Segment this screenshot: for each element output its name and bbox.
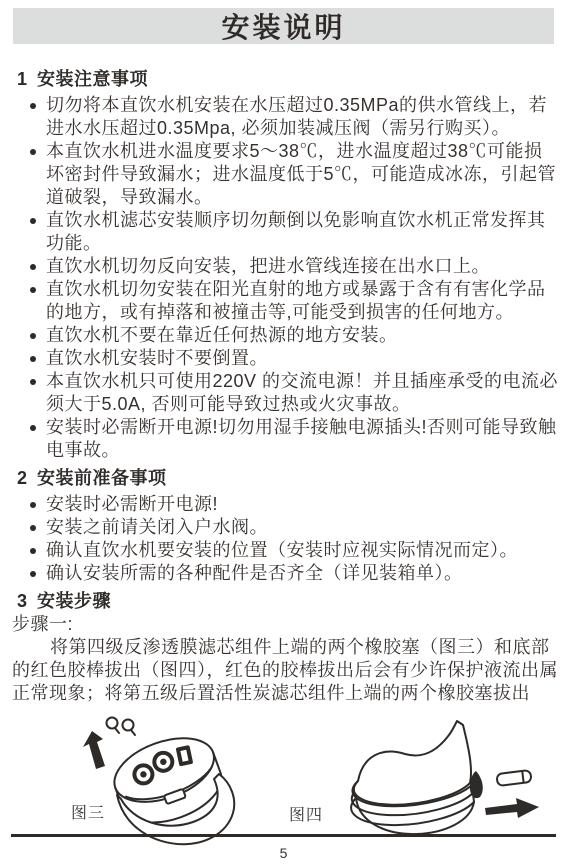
step-one-text: 将第四级反渗透膜滤芯组件上端的两个橡胶塞（图三）和底部的红色胶棒拔出（图四），红…	[12, 636, 559, 705]
rubber-plugs-icon	[107, 718, 136, 736]
list-item: 确认直饮水机要安装的位置（安装时应视实际情况而定）。	[30, 539, 559, 562]
figure-caption: 图四	[289, 802, 323, 825]
list-item: 安装时必需断开电源!切勿用湿手接触电源插头!否则可能导致触电事故。	[30, 416, 559, 462]
section-number: 3	[17, 590, 37, 613]
section-number: 1	[17, 68, 37, 91]
arrow-up-icon	[83, 731, 105, 769]
step-one-label: 步骤一:	[12, 613, 559, 636]
rubber-rod-icon	[496, 770, 531, 786]
figures-row: 图三	[17, 711, 559, 849]
list-item: 确认安装所需的各种配件是否齐全（详见装箱单）。	[30, 562, 559, 585]
list-item: 切勿将本直饮水机安装在水压超过0.35MPa的供水管线上，若进水水压超过0.35…	[30, 94, 559, 140]
footer-divider	[11, 834, 556, 837]
section-title: 安装步骤	[37, 591, 111, 611]
section-heading-steps: 3安装步骤	[17, 590, 559, 613]
precautions-list: 切勿将本直饮水机安装在水压超过0.35MPa的供水管线上，若进水水压超过0.35…	[17, 94, 559, 462]
list-item: 本直饮水机只可使用220V 的交流电源！并且插座承受的电流必须大于5.0A, 否…	[30, 370, 559, 416]
list-item: 直饮水机切勿反向安装，把进水管线连接在出水口上。	[30, 255, 559, 278]
arrow-right-icon	[485, 798, 539, 818]
section-number: 2	[17, 467, 37, 490]
figure-four: 图四	[313, 711, 553, 849]
page-content: 1安装注意事项 切勿将本直饮水机安装在水压超过0.35MPa的供水管线上，若进水…	[0, 68, 567, 849]
section-title: 安装前准备事项	[37, 468, 167, 488]
section-heading-preparation: 2安装前准备事项	[17, 467, 559, 490]
list-item: 直饮水机不要在靠近任何热源的地方安装。	[30, 324, 559, 347]
filter-cartridge-top-drawing	[65, 711, 295, 849]
page-title: 安装说明	[13, 8, 554, 44]
page-number: 5	[0, 845, 567, 861]
list-item: 安装之前请关闭入户水阀。	[30, 516, 559, 539]
section-heading-precautions: 1安装注意事项	[17, 68, 559, 91]
list-item: 直饮水机安装时不要倒置。	[30, 347, 559, 370]
list-item: 直饮水机切勿安装在阳光直射的地方或暴露于含有有害化学品的地方，或有掉落和被撞击等…	[30, 278, 559, 324]
sheet-wrap	[354, 721, 471, 805]
list-item: 直饮水机滤芯安装顺序切勿颠倒以免影响直饮水机正常发挥其功能。	[30, 209, 559, 255]
filter-cartridge-bottom-drawing	[313, 711, 553, 849]
figure-three: 图三	[65, 711, 295, 849]
figure-caption: 图三	[71, 800, 105, 823]
preparation-list: 安装时必需断开电源! 安装之前请关闭入户水阀。 确认直饮水机要安装的位置（安装时…	[17, 493, 559, 585]
section-title: 安装注意事项	[37, 69, 148, 89]
manual-page: 安装说明 1安装注意事项 切勿将本直饮水机安装在水压超过0.35MPa的供水管线…	[0, 0, 567, 867]
list-item: 安装时必需断开电源!	[30, 493, 559, 516]
list-item: 本直饮水机进水温度要求5～38℃，进水温度超过38℃可能损坏密封件导致漏水；进水…	[30, 140, 559, 209]
